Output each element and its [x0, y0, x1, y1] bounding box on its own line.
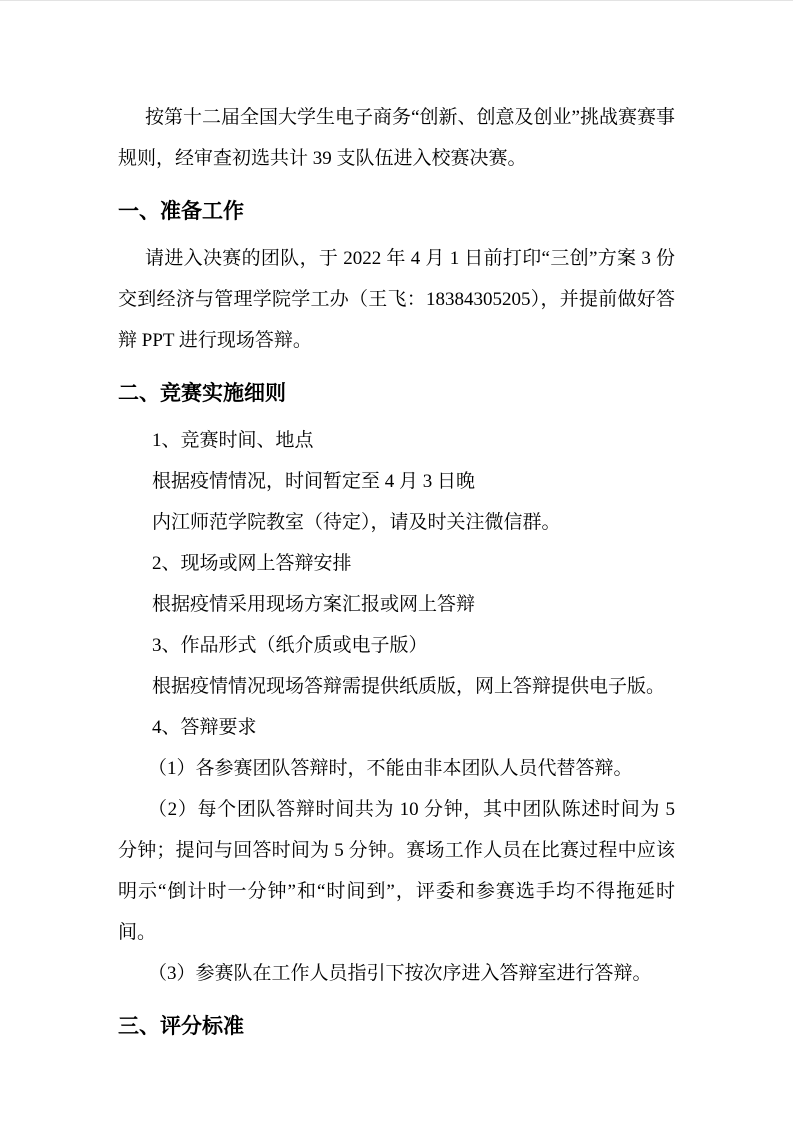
- item-1-detail-time: 根据疫情情况，时间暂定至 4 月 3 日晚: [118, 461, 675, 502]
- heading-scoring-criteria: 三、评分标准: [118, 1006, 675, 1047]
- item-1-detail-place: 内江师范学院教室（待定），请及时关注微信群。: [118, 502, 675, 543]
- item-3-detail: 根据疫情情况现场答辩需提供纸质版，网上答辩提供电子版。: [118, 666, 675, 707]
- item-4-point-3: （3）参赛队在工作人员指引下按次序进入答辩室进行答辩。: [118, 953, 675, 994]
- paragraph-preparation-detail: 请进入决赛的团队，于 2022 年 4 月 1 日前打印“三创”方案 3 份交到…: [118, 238, 675, 361]
- heading-preparation: 一、准备工作: [118, 191, 675, 232]
- item-2-title-defense-arrangement: 2、现场或网上答辩安排: [118, 543, 675, 584]
- heading-implementation-rules: 二、竞赛实施细则: [118, 373, 675, 414]
- item-4-point-2: （2）每个团队答辩时间共为 10 分钟，其中团队陈述时间为 5 分钟；提问与回答…: [118, 789, 675, 953]
- intro-paragraph: 按第十二届全国大学生电子商务“创新、创意及创业”挑战赛赛事规则，经审查初选共计 …: [118, 97, 675, 179]
- item-3-title-work-format: 3、作品形式（纸介质或电子版）: [118, 625, 675, 666]
- item-2-detail: 根据疫情采用现场方案汇报或网上答辩: [118, 584, 675, 625]
- document-page: 按第十二届全国大学生电子商务“创新、创意及创业”挑战赛赛事规则，经审查初选共计 …: [0, 0, 793, 1122]
- item-1-title-time-place: 1、竞赛时间、地点: [118, 420, 675, 461]
- item-4-title-defense-requirements: 4、答辩要求: [118, 707, 675, 748]
- item-4-point-1: （1）各参赛团队答辩时，不能由非本团队人员代替答辩。: [118, 748, 675, 789]
